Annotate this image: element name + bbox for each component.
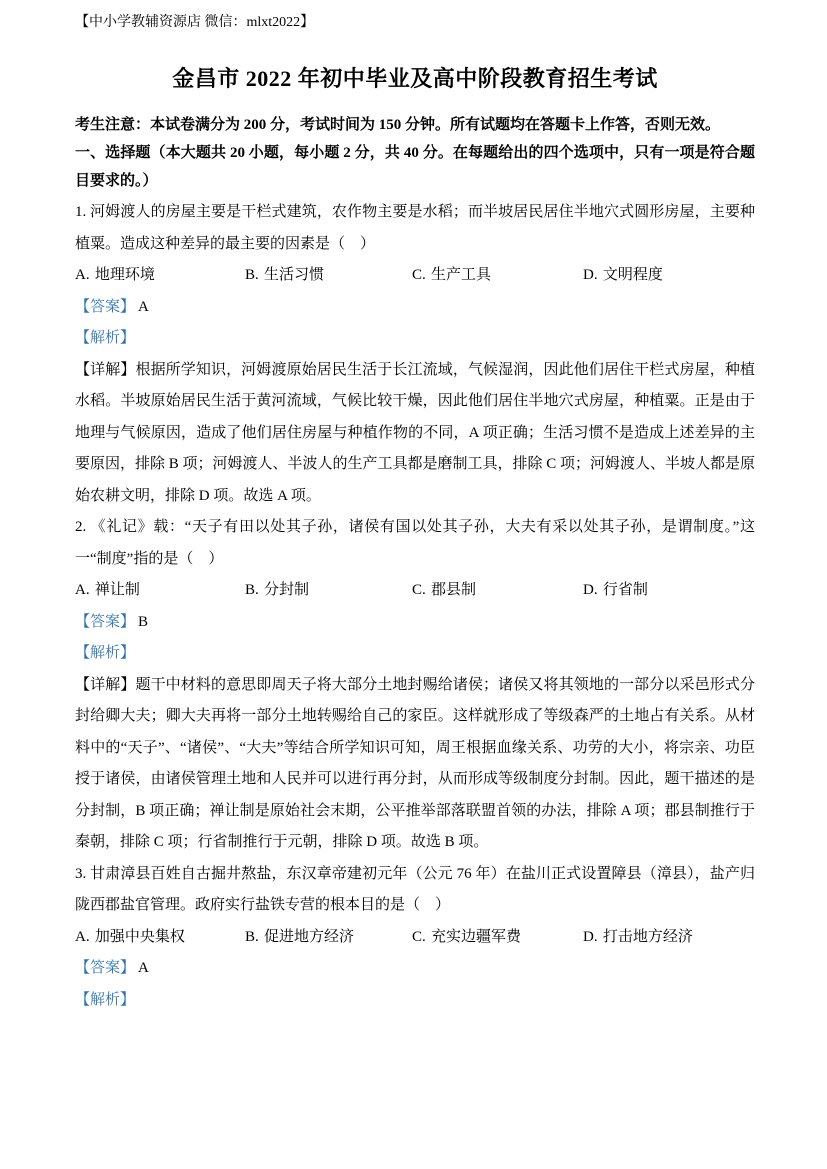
option-text: 加强中央集权 xyxy=(95,929,185,945)
question-2-stem: 2. 《礼记》载：“天子有田以处其子孙，诸侯有国以处其子孙，大夫有采以处其子孙，… xyxy=(75,512,755,575)
question-1-option-b: B.生活习惯 xyxy=(245,260,412,292)
question-1: 1. 河姆渡人的房屋主要是干栏式建筑，农作物主要是水稻；而半坡居民居住半地穴式圆… xyxy=(75,197,755,512)
question-2-option-c: C.郡县制 xyxy=(412,575,583,607)
analysis-label: 【解析】 xyxy=(75,645,135,661)
answer-label: 【答案】 xyxy=(75,960,135,976)
answer-value: A xyxy=(138,960,149,976)
question-3-option-a: A.加强中央集权 xyxy=(75,922,245,954)
option-label: A. xyxy=(75,267,90,283)
question-2-analysis-row: 【解析】 xyxy=(75,638,755,670)
detail-label: 【详解】 xyxy=(75,362,135,378)
detail-text: 题干中材料的意思即周天子将大部分土地封赐给诸侯；诸侯又将其领地的一部分以采邑形式… xyxy=(75,677,755,851)
option-text: 充实边疆军费 xyxy=(431,929,521,945)
detail-text: 根据所学知识，河姆渡原始居民生活于长江流域，气候湿润，因此他们居住干栏式房屋，种… xyxy=(75,362,755,504)
question-2: 2. 《礼记》载：“天子有田以处其子孙，诸侯有国以处其子孙，大夫有采以处其子孙，… xyxy=(75,512,755,859)
question-3-option-c: C.充实边疆军费 xyxy=(412,922,583,954)
question-3: 3. 甘肃漳县百姓自古掘井熬盐，东汉章帝建初元年（公元 76 年）在盐川正式设置… xyxy=(75,859,755,1017)
option-text: 分封制 xyxy=(264,582,309,598)
question-1-stem: 1. 河姆渡人的房屋主要是干栏式建筑，农作物主要是水稻；而半坡居民居住半地穴式圆… xyxy=(75,197,755,260)
option-label: C. xyxy=(412,929,426,945)
question-1-options: A.地理环境 B.生活习惯 C.生产工具 D.文明程度 xyxy=(75,260,755,292)
answer-label: 【答案】 xyxy=(75,299,135,315)
questions-area: 1. 河姆渡人的房屋主要是干栏式建筑，农作物主要是水稻；而半坡居民居住半地穴式圆… xyxy=(75,197,755,1016)
store-watermark: 【中小学教辅资源店 微信：mlxt2022】 xyxy=(75,13,755,33)
question-1-answer-row: 【答案】A xyxy=(75,292,755,324)
question-2-option-d: D.行省制 xyxy=(583,575,755,607)
option-label: D. xyxy=(583,582,598,598)
option-label: D. xyxy=(583,929,598,945)
question-3-option-b: B.促进地方经济 xyxy=(245,922,412,954)
option-text: 生活习惯 xyxy=(264,267,324,283)
answer-label: 【答案】 xyxy=(75,614,135,630)
option-text: 禅让制 xyxy=(95,582,140,598)
analysis-label: 【解析】 xyxy=(75,330,135,346)
option-label: D. xyxy=(583,267,598,283)
question-1-analysis-row: 【解析】 xyxy=(75,323,755,355)
option-text: 生产工具 xyxy=(431,267,491,283)
question-3-option-d: D.打击地方经济 xyxy=(583,922,755,954)
answer-value: B xyxy=(138,614,148,630)
question-3-stem: 3. 甘肃漳县百姓自古掘井熬盐，东汉章帝建初元年（公元 76 年）在盐川正式设置… xyxy=(75,859,755,922)
option-text: 文明程度 xyxy=(603,267,663,283)
question-2-detail: 【详解】题干中材料的意思即周天子将大部分土地封赐给诸侯；诸侯又将其领地的一部分以… xyxy=(75,670,755,859)
option-text: 行省制 xyxy=(603,582,648,598)
exam-notice: 考生注意：本试卷满分为 200 分，考试时间为 150 分钟。所有试题均在答题卡… xyxy=(75,111,755,139)
question-2-option-b: B.分封制 xyxy=(245,575,412,607)
option-label: A. xyxy=(75,929,90,945)
section-header: 一、选择题（本大题共 20 小题，每小题 2 分，共 40 分。在每题给出的四个… xyxy=(75,139,755,195)
exam-document-page: 【中小学教辅资源店 微信：mlxt2022】 金昌市 2022 年初中毕业及高中… xyxy=(0,0,827,1169)
option-label: B. xyxy=(245,929,259,945)
question-3-options: A.加强中央集权 B.促进地方经济 C.充实边疆军费 D.打击地方经济 xyxy=(75,922,755,954)
question-1-option-d: D.文明程度 xyxy=(583,260,755,292)
option-label: A. xyxy=(75,582,90,598)
option-label: B. xyxy=(245,582,259,598)
analysis-label: 【解析】 xyxy=(75,992,135,1008)
question-3-analysis-row: 【解析】 xyxy=(75,985,755,1017)
option-text: 郡县制 xyxy=(431,582,476,598)
answer-value: A xyxy=(138,299,149,315)
option-text: 地理环境 xyxy=(95,267,155,283)
option-text: 打击地方经济 xyxy=(603,929,693,945)
question-1-option-c: C.生产工具 xyxy=(412,260,583,292)
question-1-option-a: A.地理环境 xyxy=(75,260,245,292)
option-text: 促进地方经济 xyxy=(264,929,354,945)
option-label: C. xyxy=(412,582,426,598)
question-2-option-a: A.禅让制 xyxy=(75,575,245,607)
question-2-answer-row: 【答案】B xyxy=(75,607,755,639)
page-title: 金昌市 2022 年初中毕业及高中阶段教育招生考试 xyxy=(75,63,755,95)
question-1-detail: 【详解】根据所学知识，河姆渡原始居民生活于长江流域，气候湿润，因此他们居住干栏式… xyxy=(75,355,755,513)
question-2-options: A.禅让制 B.分封制 C.郡县制 D.行省制 xyxy=(75,575,755,607)
option-label: C. xyxy=(412,267,426,283)
option-label: B. xyxy=(245,267,259,283)
detail-label: 【详解】 xyxy=(75,677,135,693)
question-3-answer-row: 【答案】A xyxy=(75,953,755,985)
